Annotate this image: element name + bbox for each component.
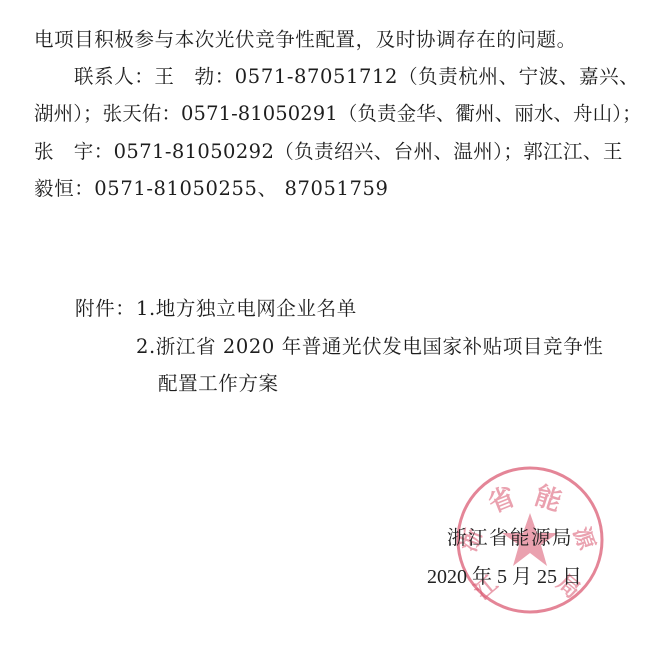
contact-line-4: 毅恒：0571-81050255、 87051759	[34, 177, 389, 201]
contact-line-2: 湖州）；张天佑：0571-81050291（负责金华、衢州、丽水、舟山）；	[34, 102, 642, 126]
contact-line-3: 张 宇：0571-81050292（负责绍兴、台州、温州）；郭江江、王	[34, 140, 623, 164]
attachment-item-2: 2.浙江省 2020 年普通光伏发电国家补贴项目竞争性	[136, 335, 603, 359]
attachment-label: 附件：	[75, 297, 135, 321]
attachment-item-2-cont: 配置工作方案	[158, 372, 279, 396]
attachment-item-1: 1.地方独立电网企业名单	[136, 297, 357, 321]
svg-text:能: 能	[531, 480, 565, 518]
svg-text:省: 省	[484, 482, 519, 520]
issue-date: 2020 年 5 月 25 日	[427, 565, 582, 589]
contact-line-1: 联系人：王 勃：0571-87051712（负责杭州、宁波、嘉兴、	[74, 65, 639, 89]
issuing-organization: 浙江省能源局	[447, 526, 573, 550]
body-line-1: 电项目积极参与本次光伏竞争性配置，及时协调存在的问题。	[34, 28, 577, 52]
